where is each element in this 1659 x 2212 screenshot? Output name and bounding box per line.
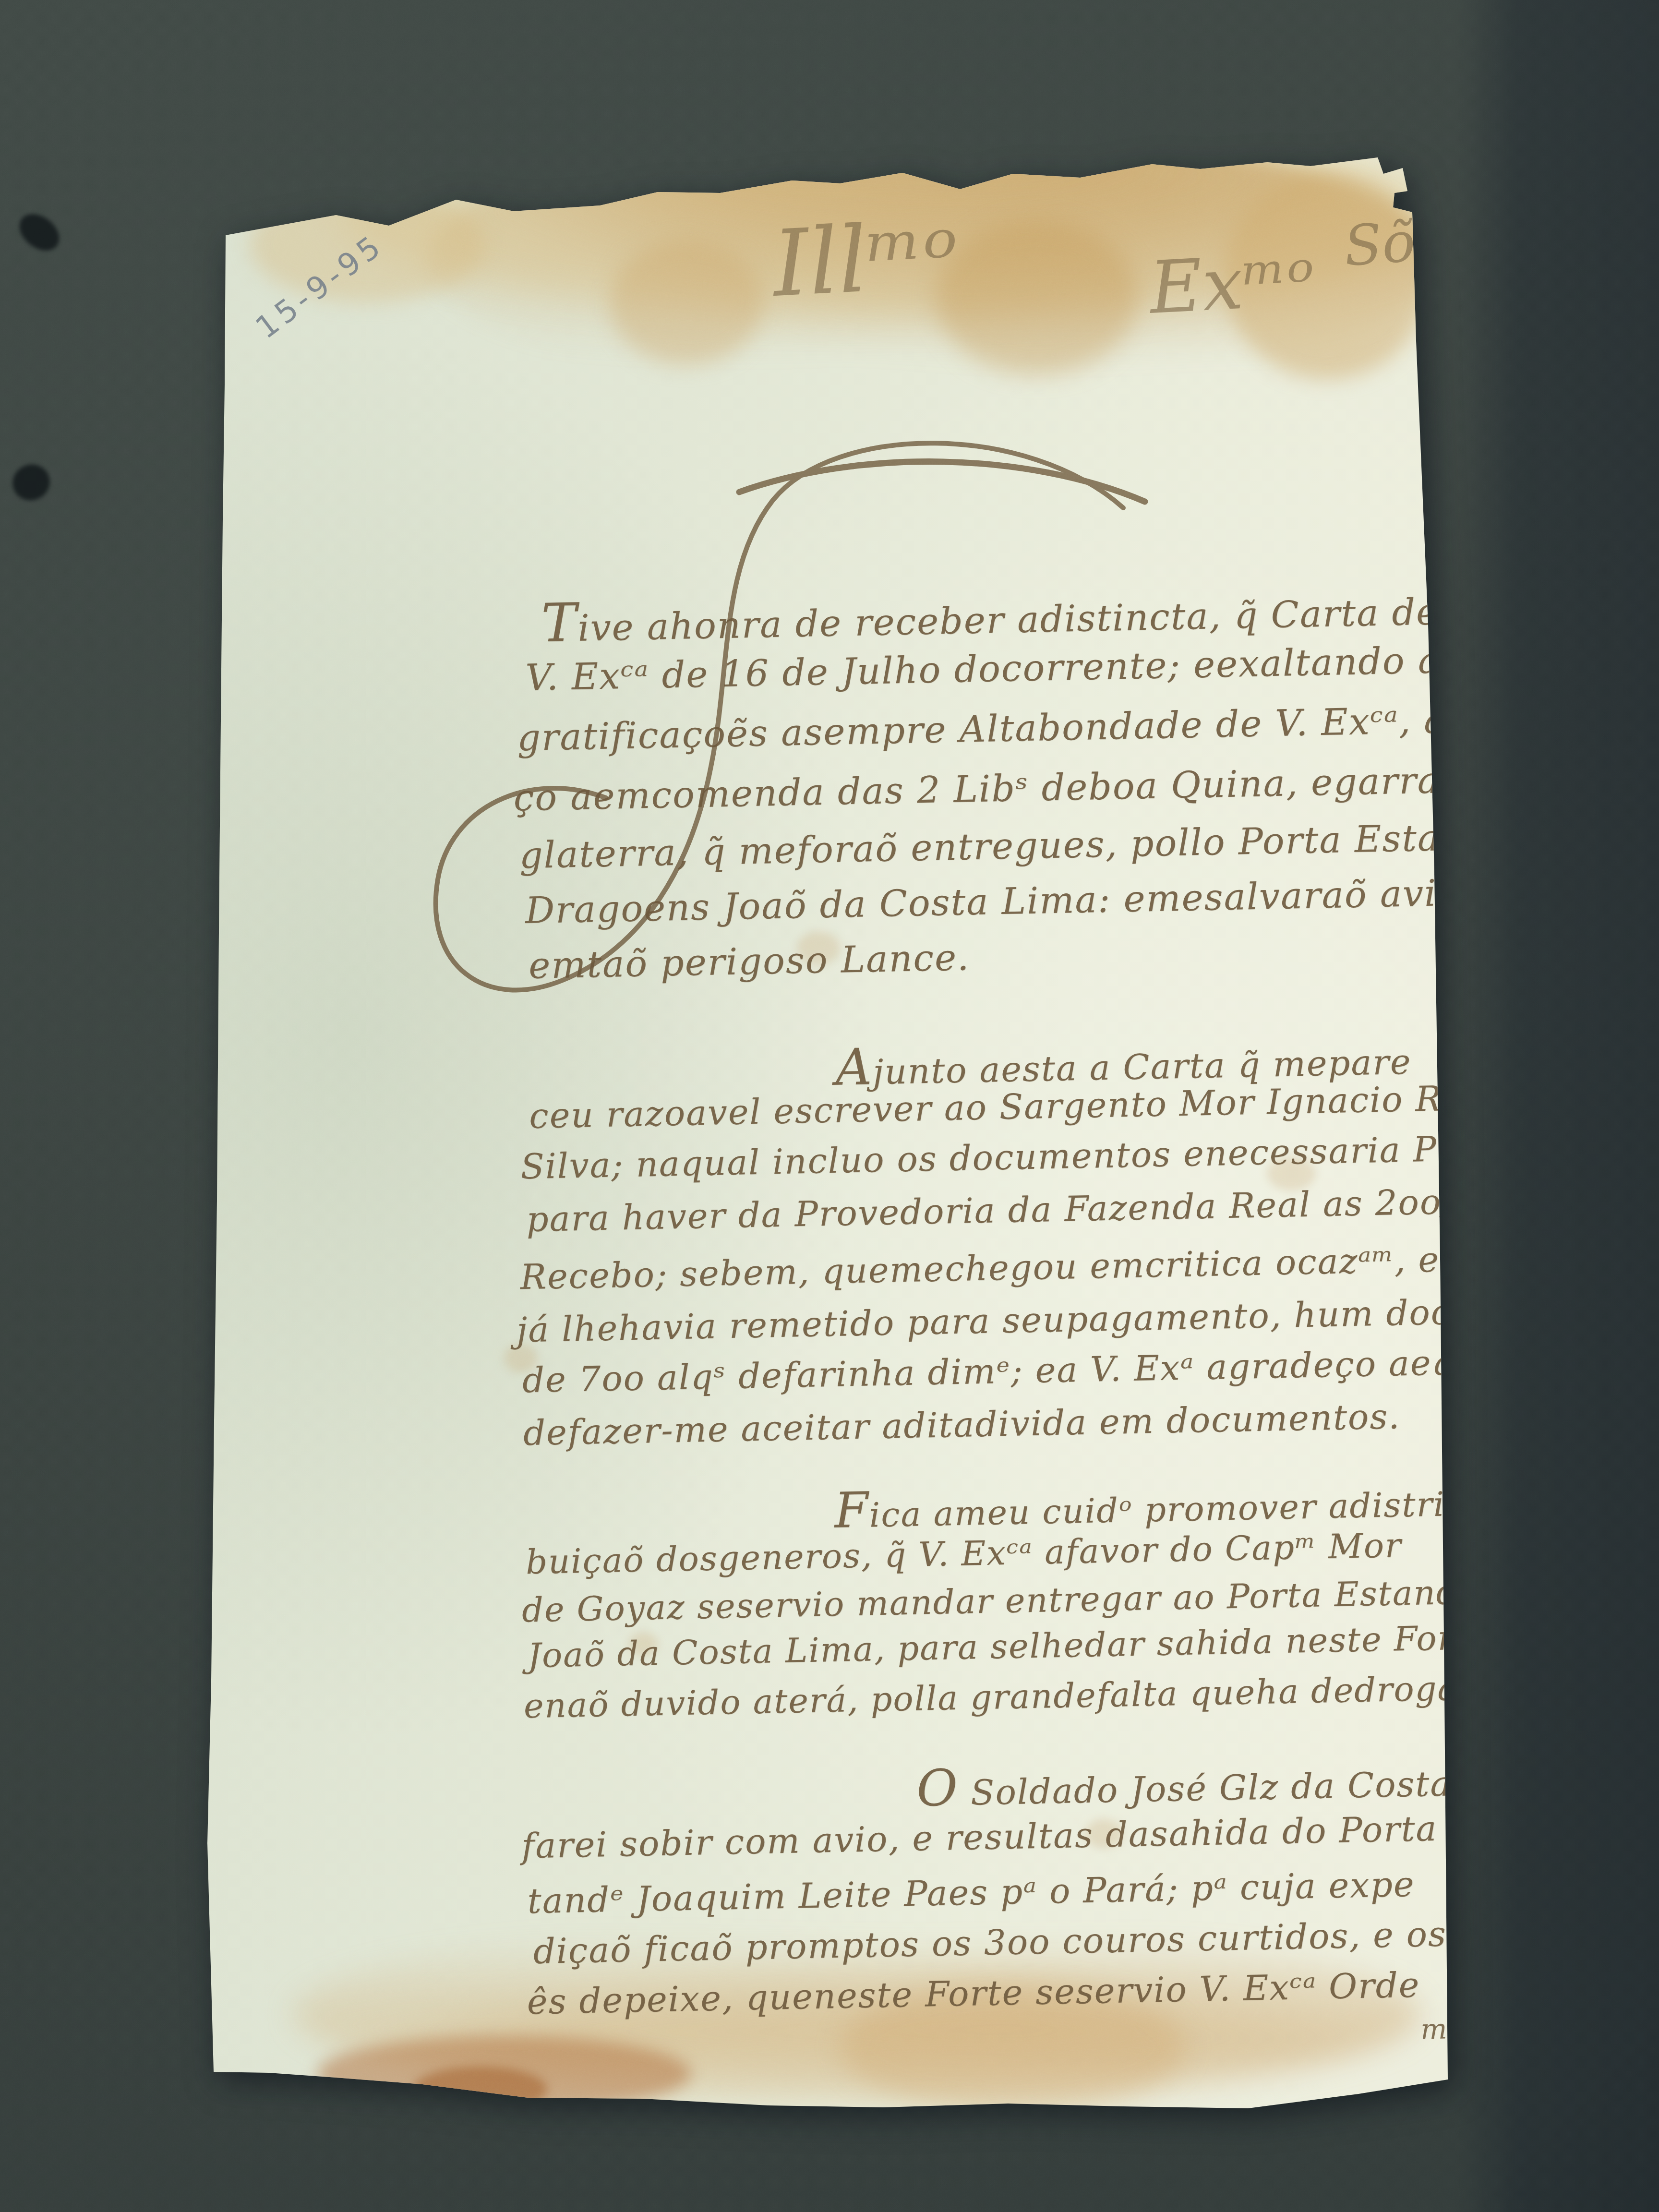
manuscript-line: ceu razoavel escrever ao Sargento Mor Ig… (529, 1079, 1552, 1133)
manuscript-line: enaõ duvido aterá, polla grandefalta que… (523, 1671, 1489, 1723)
manuscript-line: de 7oo alqˢ defarinha dimᵉ; ea V. Exᵃ ag… (522, 1344, 1540, 1398)
background-mark (12, 206, 66, 258)
manuscript-line: Tive ahonra de receber adistincta, q̃ Ca… (541, 579, 1439, 649)
manuscript-line: ês depeixe, queneste Forte seservio V. E… (527, 1968, 1420, 2020)
manuscript-line: glaterra, q̃ meforaõ entregues, pollo Po… (519, 817, 1574, 874)
manuscript-line: defazer-me aceitar aditadivida em docume… (523, 1399, 1400, 1450)
manuscript-page: 15-9-95 Illᵐᵒ Exᵐᵒ Sõr Tive ahonra de re… (197, 154, 1455, 2117)
manuscript-line: de Goyaz seservio mandar entregar ao Por… (521, 1575, 1473, 1627)
background-mark (7, 458, 55, 506)
manuscript-line: gratificaçoẽs asempre Altabondade de V. … (517, 700, 1559, 757)
background-shading (1457, 0, 1659, 2212)
manuscript-line: V. Exᶜᵃ de 16 de Julho docorrente; eexal… (525, 640, 1524, 696)
manuscript-line: Recebo; sebem, quemechegou emcritica oca… (520, 1238, 1622, 1294)
manuscript-line: emtaõ perigoso Lance. (529, 939, 970, 984)
manuscript-line: Joaõ da Costa Lima, para selhedar sahida… (527, 1620, 1502, 1672)
manuscript-line: buiçaõ dosgeneros, q̃ V. Exᶜᵃ afavor do … (526, 1528, 1402, 1579)
manuscript-line: tandᵉ Joaquim Leite Paes pᵃ o Pará; pᵃ c… (527, 1867, 1415, 1918)
photo-backdrop: 15-9-95 Illᵐᵒ Exᵐᵒ Sõr Tive ahonra de re… (0, 0, 1659, 2212)
manuscript-line: para haver da Provedoria da Fazenda Real… (526, 1183, 1513, 1237)
manuscript-line: farei sobir com avio, e resultas dasahid… (521, 1810, 1494, 1863)
manuscript-line: O Soldado José Glz da Costa (916, 1753, 1452, 1814)
manuscript-line: já lhehavia remetido para seupagamento, … (516, 1292, 1589, 1347)
catchword: m (1420, 2013, 1447, 2046)
paper-sheet: 15-9-95 Illᵐᵒ Exᵐᵒ Sõr Tive ahonra de re… (197, 154, 1455, 2117)
manuscript-line: Dragoens Joaõ da Costa Lima: emesalvaraõ… (525, 874, 1484, 929)
manuscript-line: diçaõ ficaõ promptos os 3oo couros curti… (533, 1915, 1543, 1969)
manuscript-line: ço aemcomenda das 2 Libˢ deboa Quina, eg… (513, 759, 1585, 817)
letter-body: Tive ahonra de receber adistincta, q̃ Ca… (175, 138, 1470, 2125)
